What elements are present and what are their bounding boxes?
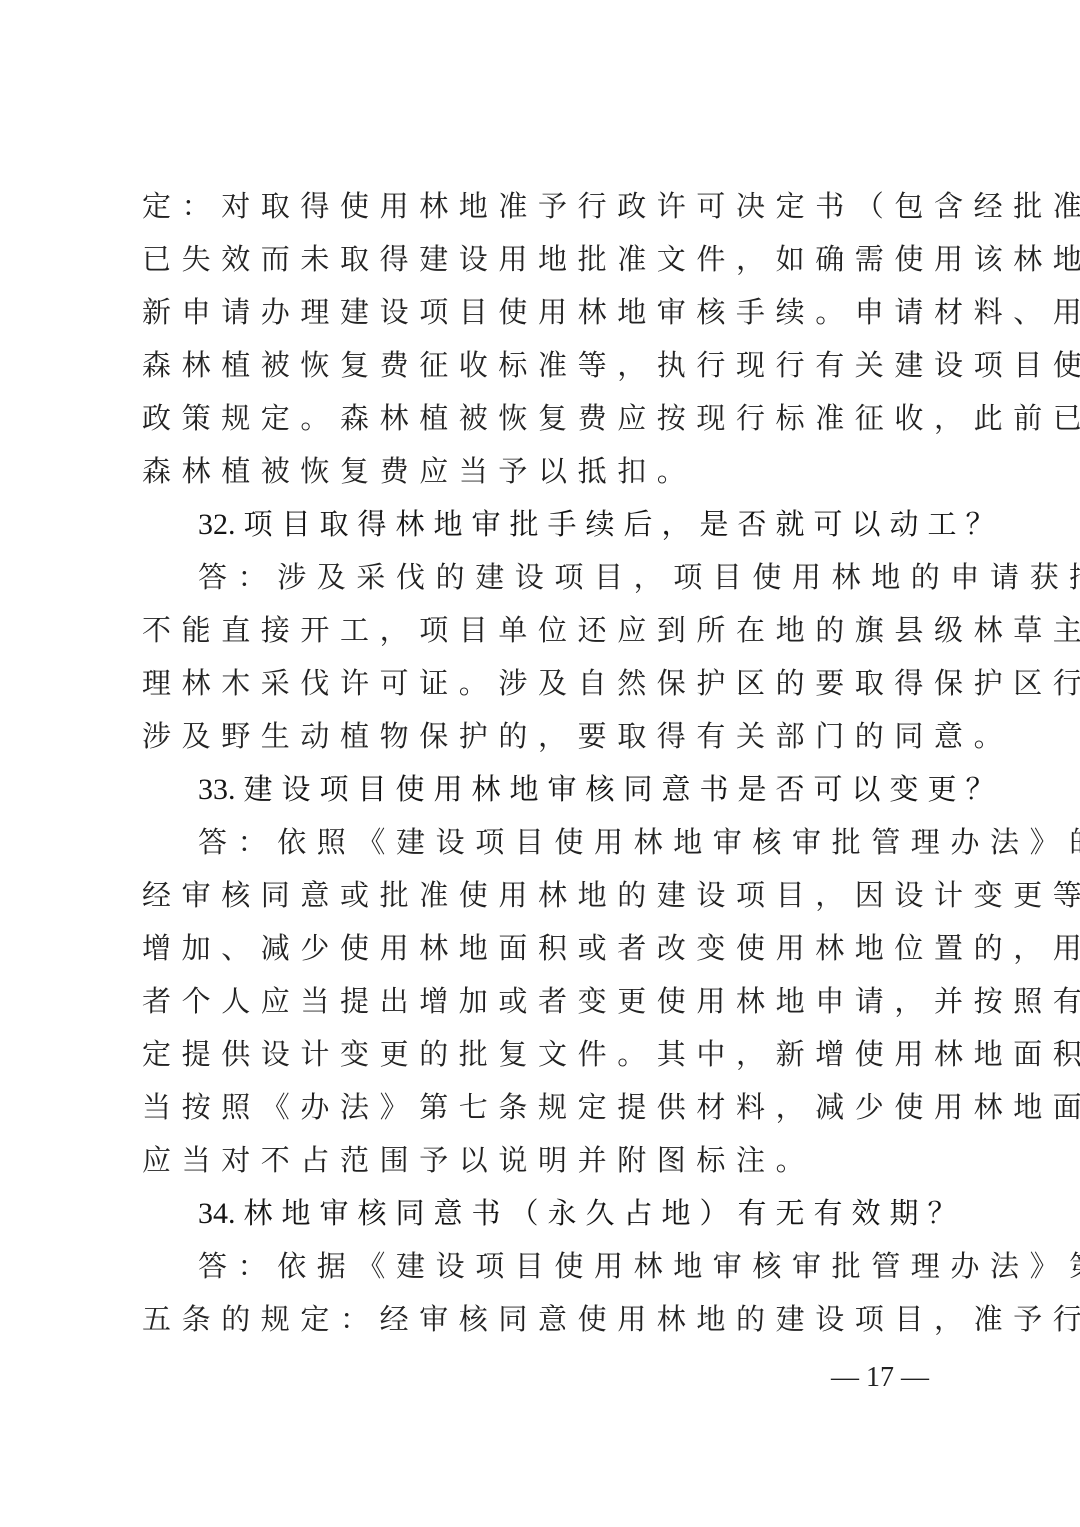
question-text: 建设项目使用林地审核同意书是否可以变更？ — [244, 772, 1004, 806]
body-line: 定：对取得使用林地准予行政许可决定书（包含经批准延期的） — [142, 186, 942, 226]
question-number: 32. — [198, 508, 236, 541]
page-number: — 17 — — [820, 1358, 940, 1398]
question-number: 33. — [198, 773, 236, 806]
body-line: 新申请办理建设项目使用林地审核手续。申请材料、用地条件和 — [142, 292, 942, 332]
answer-line: 理林木采伐许可证。涉及自然保护区的要取得保护区行政许可， — [142, 663, 942, 703]
question-33-heading: 33.建设项目使用林地审核同意书是否可以变更？ — [198, 769, 942, 809]
body-line: 森林植被恢复费征收标准等，执行现行有关建设项目使用林地的 — [142, 345, 942, 385]
answer-line: 增加、减少使用林地面积或者改变使用林地位置的，用地单位或 — [142, 928, 942, 968]
answer-line: 应当对不占范围予以说明并附图标注。 — [142, 1140, 942, 1180]
question-text: 项目取得林地审批手续后，是否就可以动工？ — [244, 507, 1004, 541]
body-line: 森林植被恢复费应当予以抵扣。 — [142, 451, 942, 491]
answer-line: 答：依照《建设项目使用林地审核审批管理办法》的规定， — [198, 822, 942, 862]
answer-line: 五条的规定：经审核同意使用林地的建设项目，准予行政许可决 — [142, 1299, 942, 1339]
question-32-heading: 32.项目取得林地审批手续后，是否就可以动工？ — [198, 504, 942, 544]
body-line: 政策规定。森林植被恢复费应按现行标准征收，此前已经缴纳的 — [142, 398, 942, 438]
body-line: 已失效而未取得建设用地批准文件，如确需使用该林地，应当重 — [142, 239, 942, 279]
answer-line: 者个人应当提出增加或者变更使用林地申请，并按照有关行业规 — [142, 981, 942, 1021]
answer-line: 答：涉及采伐的建设项目，项目使用林地的申请获批后，并 — [198, 557, 942, 597]
document-page: 定：对取得使用林地准予行政许可决定书（包含经批准延期的） 已失效而未取得建设用地… — [0, 0, 1080, 1527]
answer-line: 涉及野生动植物保护的，要取得有关部门的同意。 — [142, 716, 942, 756]
answer-line: 定提供设计变更的批复文件。其中，新增使用林地面积部分还应 — [142, 1034, 942, 1074]
question-34-heading: 34.林地审核同意书（永久占地）有无有效期？ — [198, 1193, 942, 1233]
question-number: 34. — [198, 1197, 236, 1230]
answer-line: 答：依据《建设项目使用林地审核审批管理办法》第二十 — [198, 1246, 942, 1286]
answer-line: 当按照《办法》第七条规定提供材料，减少使用林地面积部分 — [142, 1087, 942, 1127]
answer-line: 不能直接开工，项目单位还应到所在地的旗县级林草主管部门办 — [142, 610, 942, 650]
answer-line: 经审核同意或批准使用林地的建设项目，因设计变更等原因需要 — [142, 875, 942, 915]
question-text: 林地审核同意书（永久占地）有无有效期？ — [244, 1196, 966, 1230]
